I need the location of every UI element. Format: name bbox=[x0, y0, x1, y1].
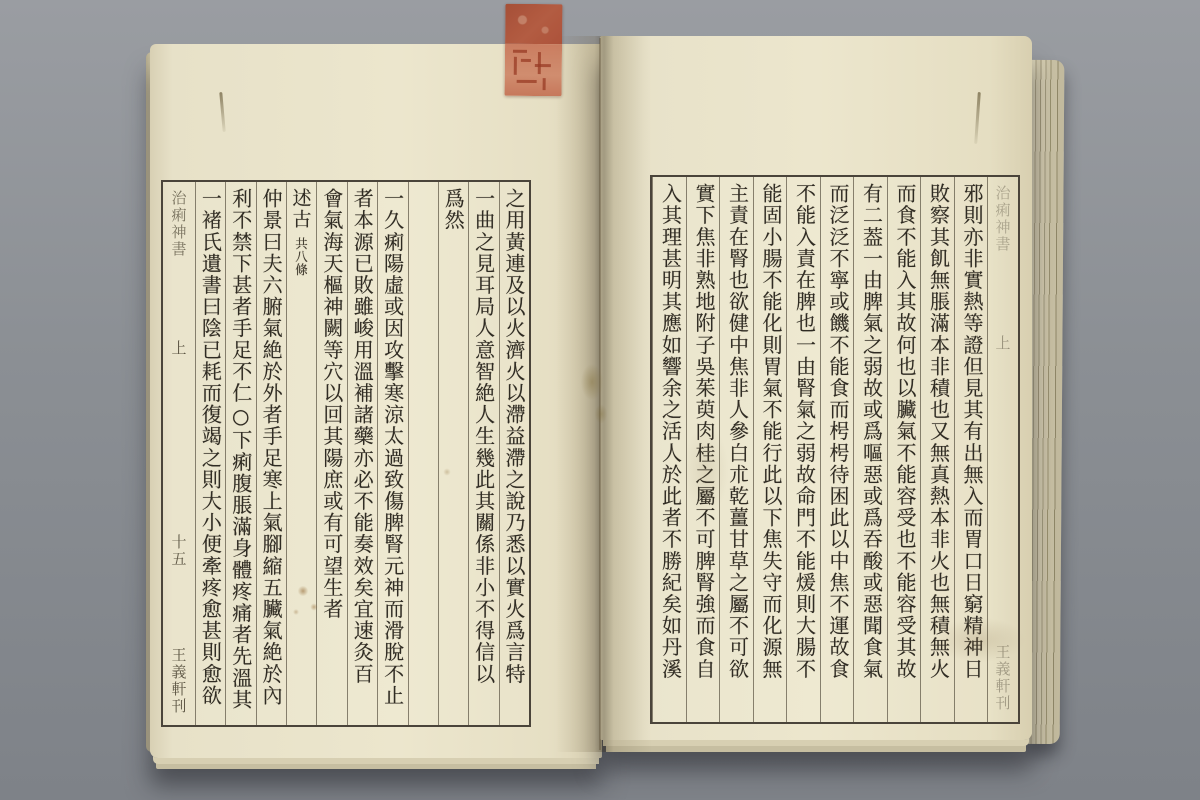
text-column: 邪則亦非實熱等證但見其有出無入而胃口日窮精神日 bbox=[954, 177, 988, 722]
column-text: 入其理甚明其應如響余之活人於此者不勝紀矣如丹溪 bbox=[659, 183, 683, 680]
left-page-text-frame: 治痢神書 上 十五 王義軒刊 之用黃連及以火濟火以滯益滯之說乃悉以實火爲言特一曲… bbox=[161, 180, 531, 727]
column-text: 而食不能入其故何也以臟氣不能容受也不能容受其故 bbox=[893, 183, 917, 680]
text-column: 不能入責在脾也一由腎氣之弱故命門不能煖則大腸不 bbox=[786, 177, 820, 722]
column-text: 不能入責在脾也一由腎氣之弱故命門不能煖則大腸不 bbox=[793, 183, 817, 680]
vermillion-seal-icon bbox=[505, 4, 563, 97]
publisher-colophon: 王義軒刊 bbox=[993, 644, 1014, 712]
text-column: 爲然 bbox=[438, 182, 468, 725]
text-column: 一久痢陽虛或因攻擊寒涼太過致傷脾腎元神而滑脫不止 bbox=[377, 182, 407, 725]
seal-glyph-stroke bbox=[521, 59, 531, 62]
column-text: 實下焦非熟地附子吳茱萸肉桂之屬不可脾腎強而食自 bbox=[692, 183, 716, 680]
right-page-edge-title-strip: 治痢神書 上 王義軒刊 bbox=[987, 177, 1018, 722]
column-text: 利不禁下甚者手足不仁○下痢腹脹滿身體疼痛者先溫其 bbox=[229, 188, 253, 710]
photo-background: 治痢神書 上 王義軒刊 邪則亦非實熱等證但見其有出無入而胃口日窮精神日敗察其飢無… bbox=[0, 0, 1200, 800]
text-column: 主責在腎也欲健中焦非人參白朮乾薑甘草之屬不可欲 bbox=[719, 177, 753, 722]
column-text: 而泛泛不寧或饑不能食而枵枵待困此以中焦不運故食 bbox=[826, 183, 850, 680]
column-text: 述古 bbox=[289, 188, 311, 229]
text-column: 能固小腸不能化則胃氣不能行此以下焦失守而化源無 bbox=[753, 177, 787, 722]
seal-glyph-stroke bbox=[538, 52, 541, 74]
seal-glyph-stroke bbox=[543, 78, 546, 90]
section-heading-column: 述古共八條 bbox=[286, 182, 316, 725]
folio-number: 十五 bbox=[169, 534, 190, 568]
column-text: 能固小腸不能化則胃氣不能行此以下焦失守而化源無 bbox=[759, 183, 783, 680]
text-column: 之用黃連及以火濟火以滯益滯之說乃悉以實火爲言特 bbox=[499, 182, 529, 725]
column-text: 一褚氏遺書曰陰已耗而復竭之則大小便牽疼愈甚則愈欲 bbox=[198, 188, 222, 706]
text-column: 而泛泛不寧或饑不能食而枵枵待困此以中焦不運故食 bbox=[820, 177, 854, 722]
book-title: 治痢神書 bbox=[993, 185, 1014, 253]
column-text: 之用黃連及以火濟火以滯益滯之說乃悉以實火爲言特 bbox=[502, 188, 526, 685]
text-column: 有二葢一由脾氣之弱故或爲嘔惡或爲吞酸或惡聞食氣 bbox=[853, 177, 887, 722]
publisher-colophon: 王義軒刊 bbox=[169, 647, 190, 715]
column-text: 爲然 bbox=[441, 188, 465, 231]
column-annotation: 共八條 bbox=[293, 237, 308, 276]
column-text: 仲景曰夫六腑氣絶於外者手足寒上氣腳縮五臟氣絶於內 bbox=[259, 188, 283, 706]
text-column: 利不禁下甚者手足不仁○下痢腹脹滿身體疼痛者先溫其 bbox=[225, 182, 255, 725]
column-text: 會氣海天樞神闕等穴以回其陽庶或有可望生者 bbox=[320, 188, 344, 620]
column-text: 有二葢一由脾氣之弱故或爲嘔惡或爲吞酸或惡聞食氣 bbox=[860, 183, 884, 680]
volume-marker: 上 bbox=[169, 340, 190, 357]
book-title: 治痢神書 bbox=[169, 190, 190, 258]
seal-glyph-stroke bbox=[514, 57, 517, 75]
seal-glyph-stroke bbox=[513, 50, 527, 53]
text-column: 而食不能入其故何也以臟氣不能容受也不能容受其故 bbox=[887, 177, 921, 722]
text-column: 者本源已敗雖峻用溫補諸藥亦必不能奏效矣宜速灸百 bbox=[347, 182, 377, 725]
column-text: 一曲之見耳局人意智絶人生幾此其關係非小不得信以 bbox=[472, 188, 496, 685]
column-text: 邪則亦非實熱等證但見其有出無入而胃口日窮精神日 bbox=[960, 183, 984, 680]
right-page-text-frame: 治痢神書 上 王義軒刊 邪則亦非實熱等證但見其有出無入而胃口日窮精神日敗察其飢無… bbox=[650, 175, 1020, 724]
text-column: 敗察其飢無脹滿本非積也又無真熱本非火也無積無火 bbox=[920, 177, 954, 722]
column-text: 敗察其飢無脹滿本非積也又無真熱本非火也無積無火 bbox=[927, 183, 951, 680]
seal-glyph-stroke bbox=[517, 80, 537, 83]
seal-upper-block bbox=[505, 4, 562, 45]
seal-glyph-stroke bbox=[535, 64, 551, 67]
fore-edge-page-stack bbox=[1027, 60, 1065, 744]
text-column: 入其理甚明其應如響余之活人於此者不勝紀矣如丹溪 bbox=[652, 177, 686, 722]
text-column: 仲景曰夫六腑氣絶於外者手足寒上氣腳縮五臟氣絶於內 bbox=[256, 182, 286, 725]
column-text: 者本源已敗雖峻用溫補諸藥亦必不能奏效矣宜速灸百 bbox=[350, 188, 374, 685]
column-text: 主責在腎也欲健中焦非人參白朮乾薑甘草之屬不可欲 bbox=[726, 183, 750, 680]
empty-column bbox=[408, 182, 438, 725]
text-column: 一褚氏遺書曰陰已耗而復竭之則大小便牽疼愈甚則愈欲 bbox=[195, 182, 225, 725]
volume-marker: 上 bbox=[993, 335, 1014, 352]
column-text: 一久痢陽虛或因攻擊寒涼太過致傷脾腎元神而滑脫不止 bbox=[381, 188, 405, 706]
text-column: 實下焦非熟地附子吳茱萸肉桂之屬不可脾腎強而食自 bbox=[686, 177, 720, 722]
left-page-edge-title-strip: 治痢神書 上 十五 王義軒刊 bbox=[163, 182, 195, 725]
text-column: 一曲之見耳局人意智絶人生幾此其關係非小不得信以 bbox=[468, 182, 498, 725]
text-column: 會氣海天樞神闕等穴以回其陽庶或有可望生者 bbox=[316, 182, 346, 725]
